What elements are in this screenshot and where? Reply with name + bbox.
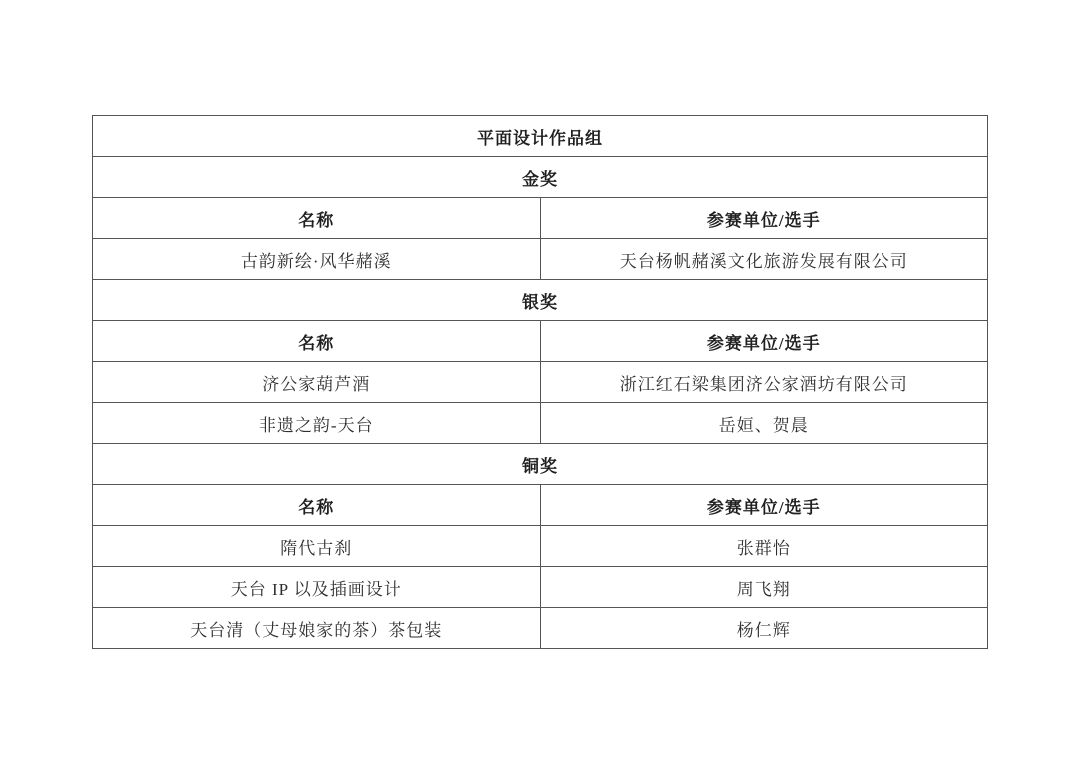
award-title-row-silver: 银奖 <box>93 280 988 321</box>
entry-unit: 杨仁辉 <box>540 608 988 649</box>
entry-name: 济公家葫芦酒 <box>93 362 541 403</box>
entry-name: 古韵新绘·风华赭溪 <box>93 239 541 280</box>
document-page: 平面设计作品组 金奖 名称 参赛单位/选手 古韵新绘·风华赭溪 天台杨帆赭溪文化… <box>0 0 1080 763</box>
award-title-bronze: 铜奖 <box>93 444 988 485</box>
col-header-unit: 参赛单位/选手 <box>540 321 988 362</box>
award-title-gold: 金奖 <box>93 157 988 198</box>
award-title-silver: 银奖 <box>93 280 988 321</box>
col-header-name: 名称 <box>93 198 541 239</box>
entry-unit: 浙江红石梁集团济公家酒坊有限公司 <box>540 362 988 403</box>
entry-unit: 张群怡 <box>540 526 988 567</box>
group-title: 平面设计作品组 <box>93 116 988 157</box>
entry-unit: 周飞翔 <box>540 567 988 608</box>
entry-name: 隋代古刹 <box>93 526 541 567</box>
col-header-name: 名称 <box>93 321 541 362</box>
col-header-unit: 参赛单位/选手 <box>540 485 988 526</box>
column-header-row: 名称 参赛单位/选手 <box>93 198 988 239</box>
table-row: 天台 IP 以及插画设计 周飞翔 <box>93 567 988 608</box>
award-title-row-bronze: 铜奖 <box>93 444 988 485</box>
col-header-unit: 参赛单位/选手 <box>540 198 988 239</box>
table-row: 天台清（丈母娘家的茶）茶包装 杨仁辉 <box>93 608 988 649</box>
awards-table: 平面设计作品组 金奖 名称 参赛单位/选手 古韵新绘·风华赭溪 天台杨帆赭溪文化… <box>92 115 988 649</box>
entry-name: 非遗之韵-天台 <box>93 403 541 444</box>
table-row: 非遗之韵-天台 岳姮、贺晨 <box>93 403 988 444</box>
column-header-row: 名称 参赛单位/选手 <box>93 321 988 362</box>
entry-name: 天台清（丈母娘家的茶）茶包装 <box>93 608 541 649</box>
col-header-name: 名称 <box>93 485 541 526</box>
entry-unit: 岳姮、贺晨 <box>540 403 988 444</box>
award-title-row-gold: 金奖 <box>93 157 988 198</box>
entry-name: 天台 IP 以及插画设计 <box>93 567 541 608</box>
table-row: 古韵新绘·风华赭溪 天台杨帆赭溪文化旅游发展有限公司 <box>93 239 988 280</box>
column-header-row: 名称 参赛单位/选手 <box>93 485 988 526</box>
group-title-row: 平面设计作品组 <box>93 116 988 157</box>
table-row: 济公家葫芦酒 浙江红石梁集团济公家酒坊有限公司 <box>93 362 988 403</box>
entry-unit: 天台杨帆赭溪文化旅游发展有限公司 <box>540 239 988 280</box>
table-row: 隋代古刹 张群怡 <box>93 526 988 567</box>
